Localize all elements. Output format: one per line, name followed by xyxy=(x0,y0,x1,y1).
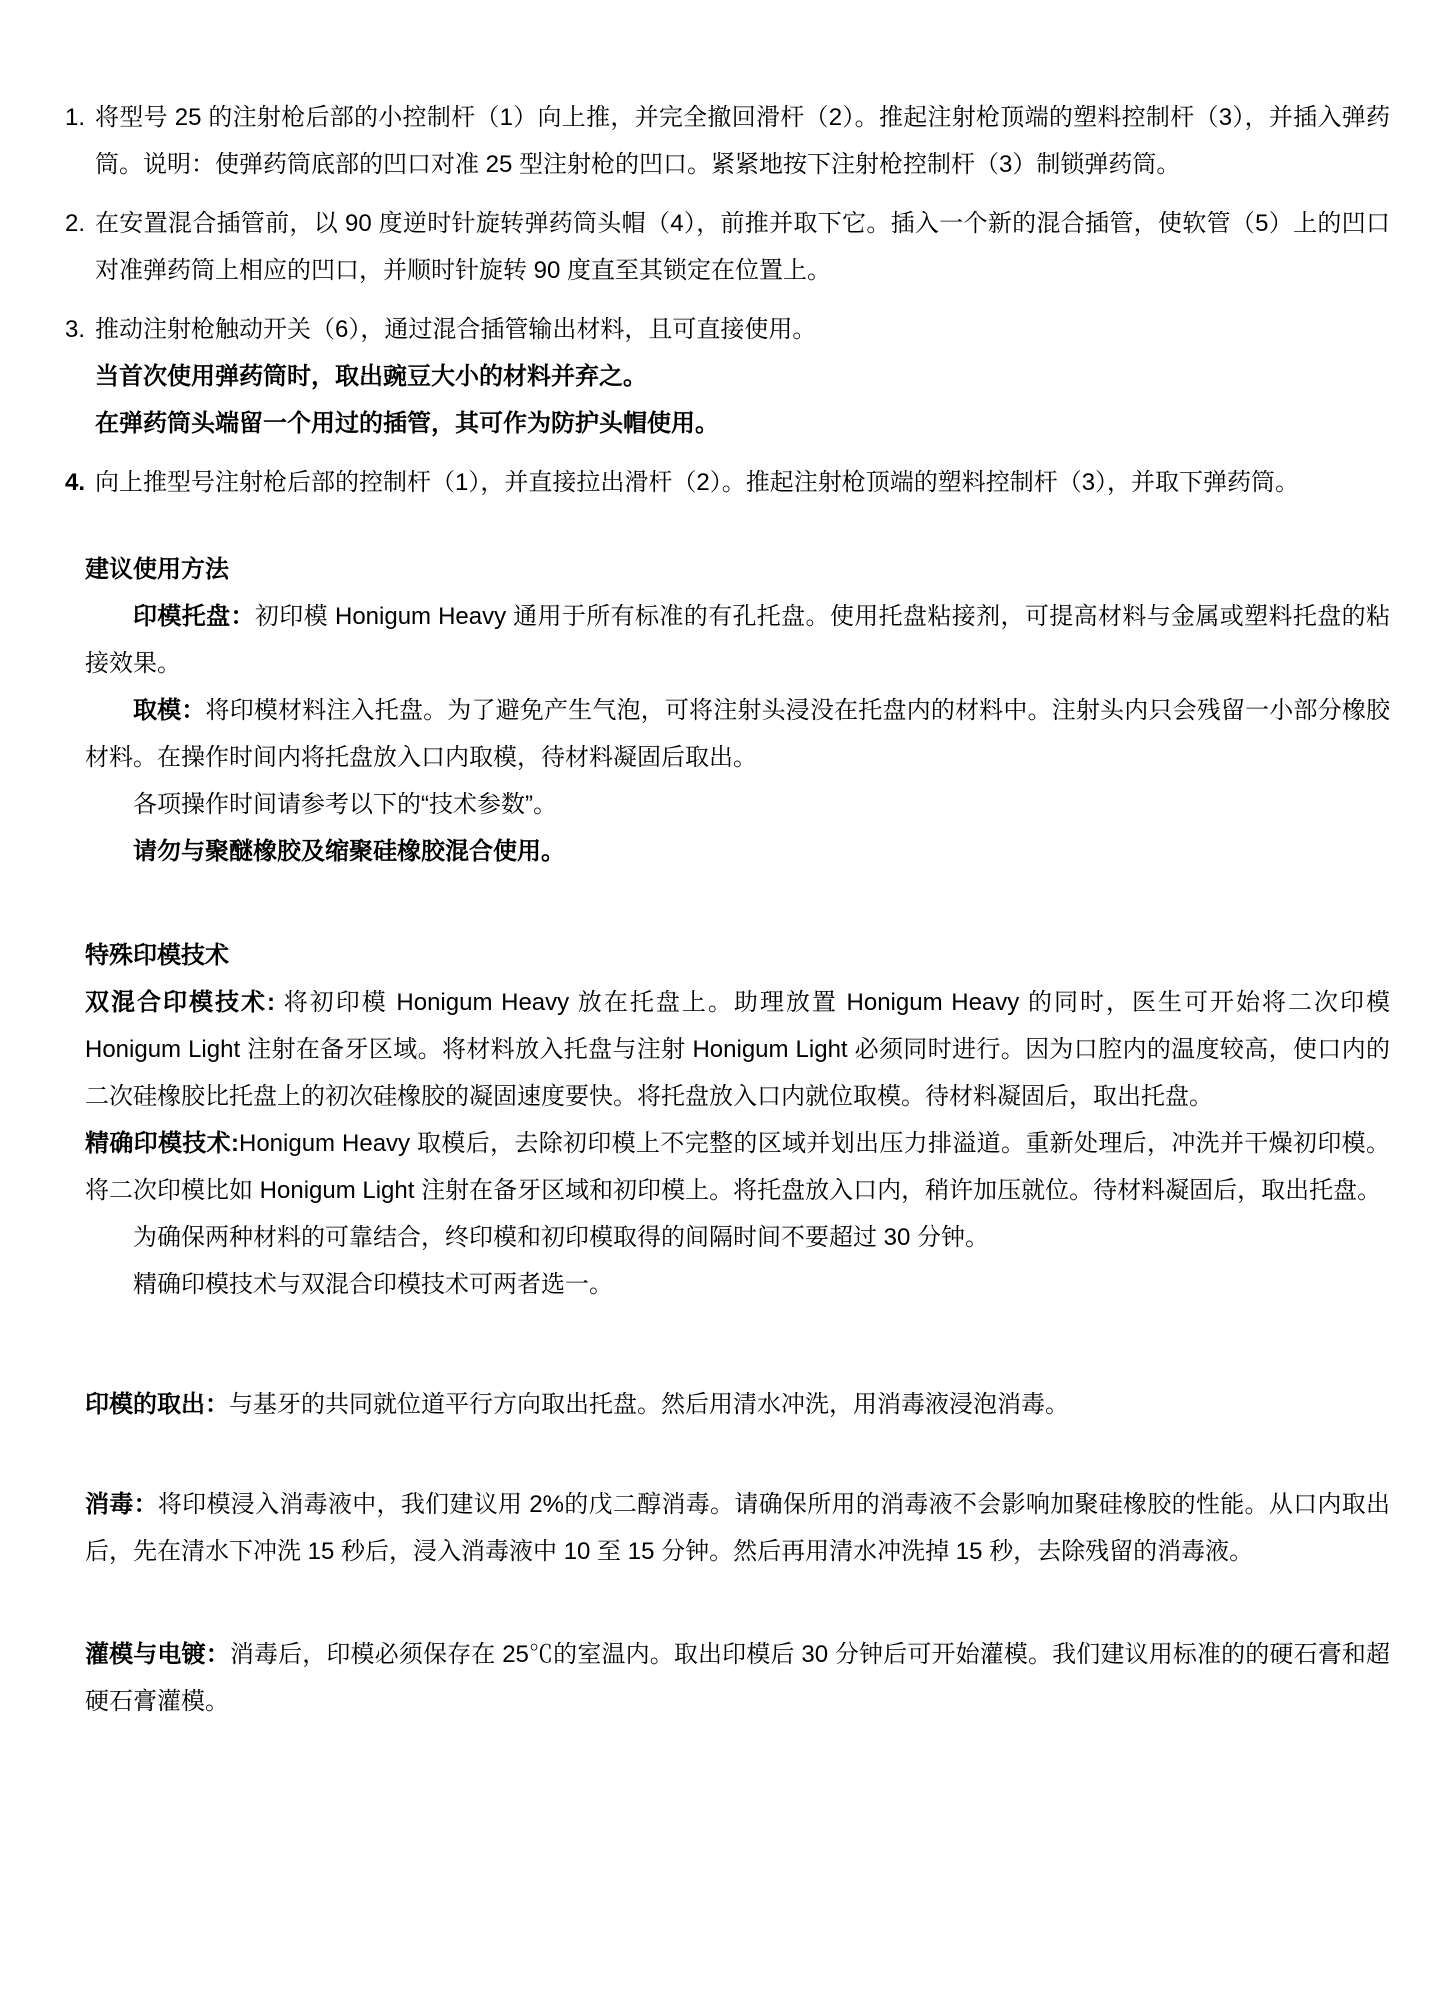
paragraph-label-impression-tray: 印模托盘： xyxy=(133,603,255,630)
section-heading-special-techniques: 特殊印模技术 xyxy=(85,932,1390,979)
step-text: 将型号 25 的注射枪后部的小控制杆（1）向上推，并完全撤回滑杆（2）。推起注射… xyxy=(95,94,1390,188)
step-item-1: 1. 将型号 25 的注射枪后部的小控制杆（1）向上推，并完全撤回滑杆（2）。推… xyxy=(85,94,1390,188)
step-text: 在安置混合插管前，以 90 度逆时针旋转弹药筒头帽（4），前推并取下它。插入一个… xyxy=(95,200,1390,294)
paragraph-text: 将印模材料注入托盘。为了避免产生气泡，可将注射头浸没在托盘内的材料中。注射头内只… xyxy=(85,697,1390,771)
step-number: 3. xyxy=(65,306,95,447)
paragraph-precision-technique: 精确印模技术:Honigum Heavy 取模后，去除初印模上不完整的区域并划出… xyxy=(85,1120,1390,1214)
paragraph-label-removal: 印模的取出： xyxy=(85,1391,229,1418)
paragraph-label-double-mix: 双混合印模技术: xyxy=(85,989,275,1016)
step-number: 4. xyxy=(65,459,95,506)
paragraph-text: 初印模 Honigum Heavy 通用于所有标准的有孔托盘。使用托盘粘接剂，可… xyxy=(85,603,1390,677)
paragraph-label-casting: 灌模与电镀： xyxy=(85,1641,230,1668)
step-number: 1. xyxy=(65,94,95,188)
paragraph-text: Honigum Heavy 取模后，去除初印模上不完整的区域并划出压力排溢道。重… xyxy=(85,1130,1390,1204)
numbered-steps: 1. 将型号 25 的注射枪后部的小控制杆（1）向上推，并完全撤回滑杆（2）。推… xyxy=(85,94,1390,506)
paragraph-double-mix-technique: 双混合印模技术: 将初印模 Honigum Heavy 放在托盘上。助理放置 H… xyxy=(85,979,1390,1120)
paragraph-text: 与基牙的共同就位道平行方向取出托盘。然后用清水冲洗，用消毒液浸泡消毒。 xyxy=(229,1391,1069,1418)
paragraph-impression-tray: 印模托盘：初印模 Honigum Heavy 通用于所有标准的有孔托盘。使用托盘… xyxy=(85,593,1390,687)
step-text: 推动注射枪触动开关（6），通过混合插管输出材料，且可直接使用。 xyxy=(95,306,1390,353)
paragraph-text: 将印模浸入消毒液中，我们建议用 2%的戊二醇消毒。请确保所用的消毒液不会影响加聚… xyxy=(85,1491,1390,1565)
step-bold-note-1: 当首次使用弹药筒时，取出豌豆大小的材料并弃之。 xyxy=(95,353,1390,400)
step-item-2: 2. 在安置混合插管前，以 90 度逆时针旋转弹药筒头帽（4），前推并取下它。插… xyxy=(85,200,1390,294)
step-bold-note-2: 在弹药筒头端留一个用过的插管，其可作为防护头帽使用。 xyxy=(95,400,1390,447)
paragraph-disinfection: 消毒：将印模浸入消毒液中，我们建议用 2%的戊二醇消毒。请确保所用的消毒液不会影… xyxy=(85,1481,1390,1575)
paragraph-warning-no-mix: 请勿与聚醚橡胶及缩聚硅橡胶混合使用。 xyxy=(85,828,1390,875)
paragraph-impression-removal: 印模的取出：与基牙的共同就位道平行方向取出托盘。然后用清水冲洗，用消毒液浸泡消毒… xyxy=(85,1381,1390,1428)
paragraph-technical-reference: 各项操作时间请参考以下的“技术参数”。 xyxy=(85,781,1390,828)
step-text: 向上推型号注射枪后部的控制杆（1），并直接拉出滑杆（2）。推起注射枪顶端的塑料控… xyxy=(95,459,1390,506)
paragraph-label-precision: 精确印模技术: xyxy=(85,1130,239,1157)
step-number: 2. xyxy=(65,200,95,294)
document-page: 1. 将型号 25 的注射枪后部的小控制杆（1）向上推，并完全撤回滑杆（2）。推… xyxy=(0,0,1452,2009)
paragraph-taking-impression: 取模：将印模材料注入托盘。为了避免产生气泡，可将注射头浸没在托盘内的材料中。注射… xyxy=(85,687,1390,781)
paragraph-text: 消毒后，印模必须保存在 25℃的室温内。取出印模后 30 分钟后可开始灌模。我们… xyxy=(85,1641,1390,1715)
paragraph-technique-choice-note: 精确印模技术与双混合印模技术可两者选一。 xyxy=(85,1261,1390,1308)
paragraph-label-disinfection: 消毒： xyxy=(85,1491,158,1518)
paragraph-label-taking-impression: 取模： xyxy=(133,697,206,724)
step-body: 推动注射枪触动开关（6），通过混合插管输出材料，且可直接使用。 当首次使用弹药筒… xyxy=(95,306,1390,447)
step-item-4: 4. 向上推型号注射枪后部的控制杆（1），并直接拉出滑杆（2）。推起注射枪顶端的… xyxy=(85,459,1390,506)
paragraph-bond-time-note: 为确保两种材料的可靠结合，终印模和初印模取得的间隔时间不要超过 30 分钟。 xyxy=(85,1214,1390,1261)
step-item-3: 3. 推动注射枪触动开关（6），通过混合插管输出材料，且可直接使用。 当首次使用… xyxy=(85,306,1390,447)
paragraph-text: 将初印模 Honigum Heavy 放在托盘上。助理放置 Honigum He… xyxy=(85,989,1390,1110)
section-heading-recommended-usage: 建议使用方法 xyxy=(85,546,1390,593)
paragraph-casting-electroplating: 灌模与电镀：消毒后，印模必须保存在 25℃的室温内。取出印模后 30 分钟后可开… xyxy=(85,1631,1390,1725)
